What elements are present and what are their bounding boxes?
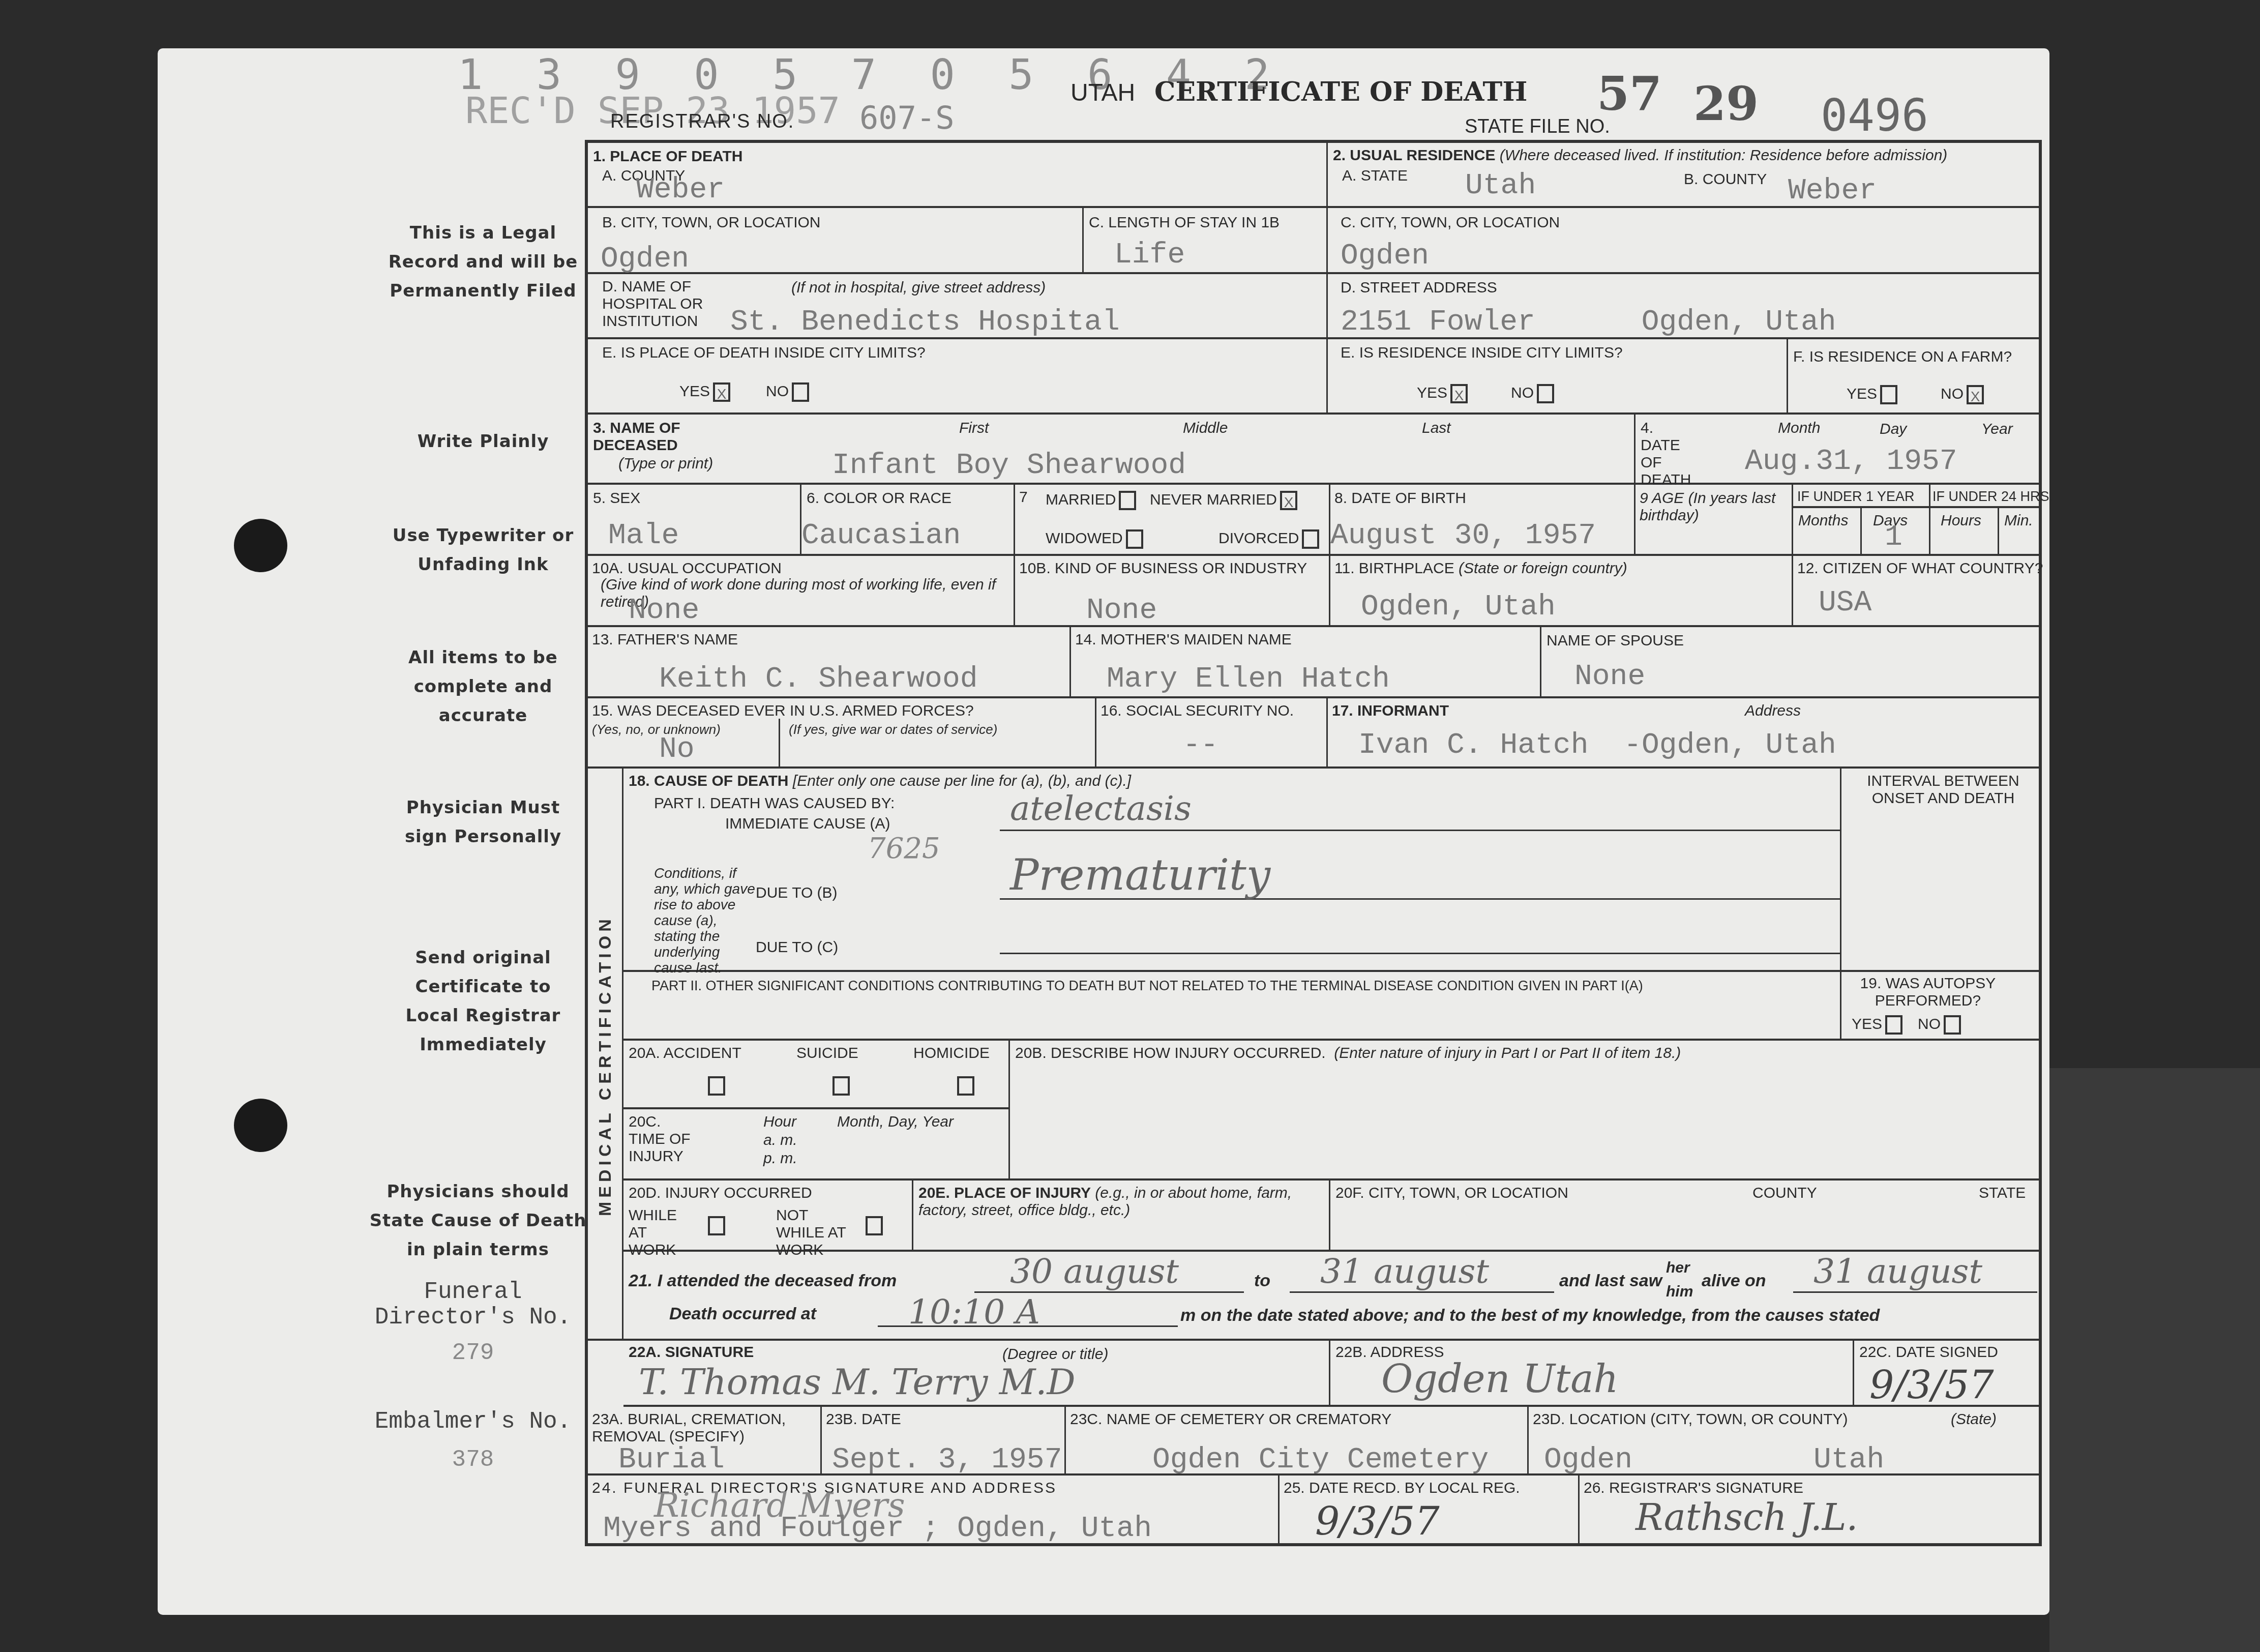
checkbox[interactable] — [1885, 1015, 1902, 1035]
place-of-death-county[interactable]: Weber — [636, 173, 725, 206]
citizen-cell: 12. CITIZEN OF WHAT COUNTRY? USA — [1793, 556, 2042, 627]
time-of-injury-cell: 20c. TIME OF INJURY Hour a. m. p. m. Mon… — [623, 1109, 1010, 1181]
armed-forces-label: 15. WAS DECEASED EVER IN U.S. ARMED FORC… — [592, 702, 974, 720]
part2-cell: PART II. OTHER SIGNIFICANT CONDITIONS CO… — [623, 972, 1841, 1041]
citizen-country[interactable]: USA — [1819, 586, 1871, 619]
age-days[interactable]: 1 — [1885, 521, 1902, 554]
dob-cell: 8. DATE OF BIRTH August 30, 1957 — [1330, 485, 1635, 556]
due-to-c-label: DUE TO (c) — [756, 939, 838, 956]
cause-c-line — [1000, 953, 1841, 954]
punch-hole — [234, 519, 287, 572]
sex-label: 5. SEX — [593, 490, 640, 507]
race-cell: 6. COLOR OR RACE Caucasian — [801, 485, 1015, 556]
attended-label: 21. I attended the deceased from — [629, 1272, 897, 1289]
date-signed-label: 22c. DATE SIGNED — [1859, 1344, 1998, 1361]
date-received[interactable]: 9/3/57 — [1315, 1498, 1440, 1544]
due-to-b[interactable]: Prematurity — [1010, 850, 1270, 900]
her-label: her — [1666, 1259, 1690, 1277]
state-label: a. STATE — [1342, 167, 1408, 185]
occupation-cell: 10a. USUAL OCCUPATION (Give kind of work… — [588, 556, 1015, 627]
injury-city-label: 20f. CITY, TOWN, OR LOCATION — [1335, 1185, 1568, 1202]
due-to-b-label: DUE TO (b) — [756, 884, 838, 902]
burial-location-cell: 23d. LOCATION (City, town, or county) (S… — [1529, 1407, 2042, 1476]
occupation-label: 10a. USUAL OCCUPATION — [592, 560, 782, 577]
mother-cell: 14. MOTHER'S MAIDEN NAME Mary Ellen Hatc… — [1071, 627, 1541, 698]
not-while-at-work-label: NOT WHILE AT WORK — [776, 1207, 852, 1259]
residence-state[interactable]: Utah — [1465, 169, 1536, 202]
burial-state-label: (State) — [1951, 1411, 1997, 1428]
under-1-year-header: IF UNDER 1 YEAR — [1793, 485, 1930, 508]
month-label: Month — [1778, 420, 1820, 437]
farm-no[interactable]: NOX — [1941, 385, 1984, 404]
business[interactable]: None — [1086, 594, 1157, 627]
death-certificate-form: 1. PLACE OF DEATH a. COUNTY Weber b. CIT… — [585, 140, 2042, 1546]
name-of-deceased-label: 3. NAME OF DECEASED — [593, 420, 690, 454]
autopsy-yes[interactable]: YES — [1852, 1015, 1902, 1035]
place-of-death-city[interactable]: Ogden — [601, 243, 689, 276]
informant-cell: 17. INFORMANT Address Ivan C. Hatch -Ogd… — [1328, 698, 2042, 769]
to-label: to — [1254, 1272, 1270, 1289]
death-inside-city-label: e. IS PLACE OF DEATH INSIDE CITY LIMITS? — [602, 344, 926, 362]
armed-forces-cell: 15. WAS DECEASED EVER IN U.S. ARMED FORC… — [588, 698, 1096, 769]
day-label: Day — [1880, 421, 1907, 438]
date-signed[interactable]: 9/3/57 — [1869, 1362, 1994, 1407]
usual-residence-label: 2. USUAL RESIDENCE — [1333, 147, 1496, 164]
checkbox[interactable]: X — [1967, 385, 1984, 404]
birthplace-hint: (State or foreign country) — [1459, 560, 1627, 577]
marital-status-cell: 7 MARRIED NEVER MARRIEDX WIDOWED DIVORCE… — [1015, 485, 1330, 556]
injury-county-label: COUNTY — [1752, 1185, 1817, 1202]
ssn-label: 16. SOCIAL SECURITY NO. — [1101, 702, 1294, 720]
burial-location[interactable]: Ogden — [1544, 1443, 1632, 1477]
under-1-year-label: IF UNDER 1 YEAR — [1797, 488, 1915, 505]
signature-label: 22a. SIGNATURE — [629, 1344, 754, 1361]
residence-street-cell: d. STREET ADDRESS 2151 Fowler Ogden, Uta… — [1328, 274, 2042, 339]
divider — [779, 719, 780, 769]
state-file-no-a: 57 — [1597, 66, 1662, 121]
street-label: d. STREET ADDRESS — [1341, 279, 1497, 297]
funeral-director-no: 279 — [356, 1340, 590, 1366]
death-time[interactable]: 10:10 A — [908, 1292, 1040, 1332]
place-of-death-label: 1. PLACE OF DEATH — [593, 148, 742, 165]
burial-type-cell: 23a. BURIAL, CREMATION, REMOVAL (Specify… — [588, 1407, 822, 1476]
dob-label: 8. DATE OF BIRTH — [1334, 490, 1466, 507]
city-label: c. CITY, TOWN, OR LOCATION — [1341, 214, 1560, 231]
spouse-name[interactable]: None — [1574, 660, 1645, 693]
pm-label: p. m. — [763, 1150, 797, 1167]
date-signed-cell: 22c. DATE SIGNED 9/3/57 — [1854, 1341, 2042, 1407]
residence-street[interactable]: 2151 Fowler Ogden, Utah — [1341, 306, 1836, 339]
burial-type-label: 23a. BURIAL, CREMATION, REMOVAL (Specify… — [592, 1411, 806, 1445]
business-label: 10b. KIND OF BUSINESS OR INDUSTRY — [1019, 560, 1307, 577]
race-label: 6. COLOR OR RACE — [807, 490, 951, 507]
age-label: 9 AGE (In years last birthday) — [1640, 490, 1787, 524]
hour-label: Hour — [763, 1113, 796, 1131]
injury-state-label: STATE — [1979, 1185, 2026, 1202]
immediate-cause-label: IMMEDIATE CAUSE (a) — [725, 815, 890, 833]
attendance-cell: 21. I attended the deceased from 30 augu… — [623, 1252, 2042, 1341]
registrars-no-label: REGISTRAR'S NO. — [610, 111, 794, 133]
death-inside-city-yes[interactable]: YESx — [679, 382, 730, 402]
ssn-cell: 16. SOCIAL SECURITY NO. -- — [1096, 698, 1328, 769]
injury-location-cell: 20f. CITY, TOWN, OR LOCATION COUNTY STAT… — [1330, 1181, 2042, 1252]
married-label: MARRIED — [1046, 491, 1116, 508]
length-of-stay[interactable]: Life — [1114, 239, 1185, 272]
alive-on[interactable]: 31 august — [1813, 1252, 1982, 1291]
punch-hole — [234, 1099, 287, 1152]
place-of-death-city-cell: b. CITY, TOWN, OR LOCATION Ogden — [588, 208, 1084, 274]
interval-cell: INTERVAL BETWEEN ONSET AND DEATH — [1841, 769, 2042, 972]
suicide-checkbox[interactable] — [832, 1076, 850, 1096]
hospital-hint: (If not in hospital, give street address… — [791, 279, 1046, 297]
middle-label: Middle — [1183, 420, 1228, 437]
attended-from[interactable]: 30 august — [1010, 1252, 1179, 1291]
race[interactable]: Caucasian — [801, 519, 961, 552]
place-of-death-county-cell: 1. PLACE OF DEATH a. COUNTY Weber — [588, 143, 1328, 208]
checkbox[interactable] — [1944, 1015, 1961, 1035]
checkbox[interactable]: x — [1450, 384, 1468, 403]
registrar-signature[interactable]: Rathsch J.L. — [1635, 1496, 1858, 1539]
residence-city-cell: c. CITY, TOWN, OR LOCATION Ogden — [1328, 208, 2042, 274]
month-day-year-label: Month, Day, Year — [837, 1113, 954, 1131]
state-file-no-label: STATE FILE NO. — [1465, 116, 1610, 138]
business-cell: 10b. KIND OF BUSINESS OR INDUSTRY None — [1015, 556, 1330, 627]
date-of-birth[interactable]: August 30, 1957 — [1330, 519, 1596, 552]
am-label: a. m. — [763, 1132, 797, 1149]
date-of-death-cell: 4. DATE OF DEATH Month Day Year Aug.31, … — [1635, 415, 2042, 485]
scan-background — [2049, 1068, 2260, 1652]
checkbox[interactable]: x — [713, 382, 730, 402]
mother-name[interactable]: Mary Ellen Hatch — [1107, 663, 1390, 696]
physician-address[interactable]: Ogden Utah — [1381, 1356, 1619, 1401]
autopsy-cell: 19. WAS AUTOPSY PERFORMED? YES NO — [1841, 972, 2042, 1041]
cause-hint: [Enter only one cause per line for (a), … — [793, 773, 1131, 789]
burial-state[interactable]: Utah — [1813, 1443, 1884, 1477]
place-of-injury-cell: 20e. PLACE OF INJURY (e.g., in or about … — [913, 1181, 1330, 1252]
min-cell: Min. — [1999, 508, 2042, 556]
cause-code: 7625 — [868, 832, 940, 865]
degree-label: (Degree or title) — [1002, 1346, 1108, 1363]
homicide-label: HOMICIDE — [913, 1045, 990, 1062]
sex-cell: 5. SEX Male — [588, 485, 801, 556]
injury-description-cell: 20b. DESCRIBE HOW INJURY OCCURRED. (Ente… — [1010, 1041, 2042, 1181]
death-inside-city-cell: e. IS PLACE OF DEATH INSIDE CITY LIMITS?… — [588, 339, 1328, 415]
hospital-label: d. NAME OF HOSPITAL OR INSTITUTION — [602, 278, 714, 330]
citizen-label: 12. CITIZEN OF WHAT COUNTRY? — [1797, 560, 2043, 577]
checkbox[interactable] — [1880, 385, 1897, 404]
alive-on-line — [1793, 1291, 2037, 1293]
residence-state-county-cell: 2. USUAL RESIDENCE (Where deceased lived… — [1328, 143, 2042, 208]
side-note-legal-record: This is a Legal Record and will be Perma… — [386, 219, 580, 306]
date-received-label: 25. DATE RECD. BY LOCAL REG. — [1284, 1480, 1520, 1497]
cemetery[interactable]: Ogden City Cemetery — [1152, 1443, 1489, 1477]
not-while-at-work-checkbox[interactable] — [866, 1216, 883, 1235]
burial-date[interactable]: Sept. 3, 1957 — [832, 1443, 1062, 1477]
suicide-label: SUICIDE — [796, 1045, 858, 1062]
side-note-write-plainly: Write Plainly — [386, 427, 580, 456]
name-hint: (Type or print) — [618, 455, 713, 473]
year-label: Year — [1981, 421, 2013, 438]
last-label: Last — [1422, 420, 1451, 437]
immediate-cause[interactable]: atelectasis — [1010, 789, 1192, 828]
while-at-work-label: WHILE AT WORK — [629, 1207, 695, 1259]
residence-inside-city-cell: e. IS RESIDENCE INSIDE CITY LIMITS? YESx… — [1328, 339, 1788, 415]
autopsy-label: 19. WAS AUTOPSY PERFORMED? — [1847, 975, 2009, 1010]
address-label: Address — [1745, 702, 1801, 720]
yes-label: YES — [1852, 1016, 1882, 1032]
father-name[interactable]: Keith C. Shearwood — [659, 663, 978, 696]
conditions-hint: Conditions, if any, which gave rise to a… — [654, 865, 756, 976]
hospital-name[interactable]: St. Benedicts Hospital — [730, 306, 1120, 339]
father-label: 13. FATHER'S NAME — [592, 631, 738, 648]
cemetery-label: 23c. NAME OF CEMETERY OR CREMATORY — [1070, 1411, 1391, 1428]
accident-label: 20a. ACCIDENT — [629, 1045, 741, 1062]
injury-occurred-label: 20d. INJURY OCCURRED — [629, 1185, 812, 1202]
medical-certification-side: MEDICAL CERTIFICATION — [588, 769, 623, 1341]
physician-signature-cell: 22a. SIGNATURE (Degree or title) T. Thom… — [623, 1341, 1330, 1407]
registrar-signature-cell: 26. REGISTRAR'S SIGNATURE Rathsch J.L. — [1580, 1476, 2042, 1546]
checkbox[interactable] — [1119, 491, 1136, 510]
checkbox[interactable] — [792, 382, 809, 402]
funeral-director-cell: 24. FUNERAL DIRECTOR'S SIGNATURE AND ADD… — [588, 1476, 1280, 1546]
armed-forces-hint: (If yes, give war or dates of service) — [789, 721, 997, 738]
deceased-name[interactable]: Infant Boy Shearwood — [832, 449, 1186, 482]
farm-yes[interactable]: YES — [1847, 385, 1897, 404]
residence-city[interactable]: Ogden — [1341, 240, 1429, 273]
birthplace-cell: 11. BIRTHPLACE (State or foreign country… — [1330, 556, 1793, 627]
attended-to[interactable]: 31 august — [1320, 1252, 1489, 1291]
cause-a-line — [1000, 830, 1841, 831]
medical-certification-label: MEDICAL CERTIFICATION — [596, 915, 615, 1216]
informant-label: 17. INFORMANT — [1332, 702, 1449, 720]
divorced-label: DIVORCED — [1218, 530, 1299, 547]
birthplace[interactable]: Ogden, Utah — [1361, 591, 1556, 624]
armed-forces-hint: (Yes, no, or unknown) — [592, 721, 721, 738]
side-note-complete: All items to be complete and accurate — [386, 643, 580, 730]
hospital-cell: d. NAME OF HOSPITAL OR INSTITUTION (If n… — [588, 274, 1328, 339]
death-at-suffix: m on the date stated above; and to the b… — [1180, 1307, 1880, 1324]
checkbox[interactable] — [1302, 529, 1319, 549]
hours-cell: Hours — [1930, 508, 1999, 556]
informant[interactable]: Ivan C. Hatch -Ogden, Utah — [1358, 729, 1836, 762]
days-cell: Days 1 — [1862, 508, 1930, 556]
cemetery-cell: 23c. NAME OF CEMETERY OR CREMATORY Ogden… — [1066, 1407, 1529, 1476]
months-cell: Months — [1793, 508, 1862, 556]
armed-forces[interactable]: No — [659, 733, 695, 766]
burial-location-label: 23d. LOCATION (City, town, or county) — [1533, 1411, 1848, 1428]
describe-injury-label: 20b. DESCRIBE HOW INJURY OCCURRED. — [1015, 1045, 1326, 1061]
describe-injury-hint: (Enter nature of injury in Part I or Par… — [1334, 1045, 1681, 1061]
widowed-option[interactable]: WIDOWED — [1046, 529, 1143, 549]
checkbox[interactable] — [1126, 529, 1143, 549]
under-24-hrs-header: IF UNDER 24 HRS. — [1930, 485, 2042, 508]
autopsy-no[interactable]: NO — [1918, 1015, 1961, 1035]
never-married-label: NEVER MARRIED — [1150, 491, 1277, 508]
hours-label: Hours — [1941, 512, 1981, 529]
state-file-no-c: 0496 — [1821, 89, 1928, 141]
date-received-cell: 25. DATE RECD. BY LOCAL REG. 9/3/57 — [1280, 1476, 1580, 1546]
spouse-label: NAME OF SPOUSE — [1547, 632, 1684, 650]
alive-on-label: alive on — [1702, 1272, 1766, 1289]
checkbox[interactable]: X — [1280, 491, 1297, 510]
months-label: Months — [1798, 512, 1848, 529]
homicide-checkbox[interactable] — [957, 1076, 974, 1096]
date-of-death[interactable]: Aug.31, 1957 — [1745, 445, 1957, 478]
registrars-no: 607-S — [859, 99, 955, 136]
burial-date-label: 23b. DATE — [826, 1411, 901, 1428]
min-label: Min. — [2004, 512, 2033, 529]
interval-label: INTERVAL BETWEEN ONSET AND DEATH — [1852, 773, 2035, 807]
injury-occurred-cell: 20d. INJURY OCCURRED WHILE AT WORK NOT W… — [623, 1181, 913, 1252]
physician-address-cell: 22b. ADDRESS Ogden Utah — [1330, 1341, 1854, 1407]
cause-of-death-label: 18. CAUSE OF DEATH — [629, 773, 789, 789]
residence-county[interactable]: Weber — [1788, 174, 1877, 208]
time-of-injury-label: 20c. TIME OF INJURY — [629, 1113, 695, 1165]
father-cell: 13. FATHER'S NAME Keith C. Shearwood — [588, 627, 1071, 698]
him-label: him — [1666, 1283, 1693, 1301]
page-title: CERTIFICATE OF DEATH — [1154, 76, 1527, 107]
state-file-no-b: 29 — [1693, 76, 1759, 131]
length-of-stay-cell: c. LENGTH OF STAY IN 1b Life — [1084, 208, 1328, 274]
usual-residence-hint: (Where deceased lived. If institution: R… — [1500, 147, 1947, 164]
attended-to-line — [1290, 1291, 1554, 1293]
last-saw-label: and last saw — [1559, 1272, 1662, 1289]
birthplace-label: 11. BIRTHPLACE — [1334, 560, 1454, 577]
side-note-send-original: Send original Certificate to Local Regis… — [386, 943, 580, 1059]
county-label: b. COUNTY — [1684, 171, 1767, 188]
death-inside-city-no[interactable]: NO — [766, 382, 809, 402]
registrar-signature-label: 26. REGISTRAR'S SIGNATURE — [1584, 1480, 1803, 1497]
widowed-label: WIDOWED — [1046, 530, 1123, 547]
residence-inside-city-no[interactable]: NO — [1511, 384, 1554, 403]
married-option[interactable]: MARRIED — [1046, 491, 1136, 510]
side-note-plain-terms: Physicians should State Cause of Death i… — [366, 1177, 590, 1264]
deceased-name-cell: 3. NAME OF DECEASED (Type or print) Firs… — [588, 415, 1635, 485]
divorced-option[interactable]: DIVORCED — [1218, 529, 1319, 549]
side-note-physician-sign: Physician Must sign Personally — [386, 793, 580, 851]
date-of-death-label: 4. DATE OF DEATH — [1641, 420, 1697, 489]
death-at-label: Death occurred at — [669, 1305, 816, 1322]
embalmer-no: 378 — [356, 1447, 590, 1472]
length-of-stay-label: c. LENGTH OF STAY IN 1b — [1089, 214, 1280, 231]
side-note-typewriter: Use Typewriter or Unfading Ink — [386, 521, 580, 579]
while-at-work-checkbox[interactable] — [708, 1216, 725, 1235]
first-label: First — [959, 420, 989, 437]
accident-checkbox[interactable] — [708, 1076, 725, 1096]
burial-type[interactable]: Burial — [618, 1443, 725, 1477]
part1-label: PART I. DEATH WAS CAUSED BY: — [654, 795, 895, 812]
marital-label: 7 — [1019, 489, 1028, 506]
age-cell: 9 AGE (In years last birthday) — [1635, 485, 1793, 556]
sex[interactable]: Male — [608, 519, 679, 552]
title-prefix: UTAH — [1070, 79, 1135, 107]
residence-farm-cell: f. IS RESIDENCE ON A FARM? YES NOX — [1788, 339, 2042, 415]
no-label: NO — [1918, 1016, 1941, 1032]
never-married-option[interactable]: NEVER MARRIEDX — [1150, 491, 1297, 510]
funeral-director-no-label: Funeral Director's No. — [356, 1279, 590, 1330]
mother-label: 14. MOTHER'S MAIDEN NAME — [1075, 631, 1292, 648]
part2-label: PART II. OTHER SIGNIFICANT CONDITIONS CO… — [651, 977, 1643, 994]
physician-signature[interactable]: T. Thomas M. Terry M.D — [639, 1361, 1076, 1403]
residence-inside-city-yes[interactable]: YESx — [1417, 384, 1468, 403]
embalmer-no-label: Embalmer's No. — [356, 1409, 590, 1434]
cause-of-death-cell: 18. CAUSE OF DEATH [Enter only one cause… — [623, 769, 1841, 972]
spouse-cell: NAME OF SPOUSE None — [1541, 627, 2042, 698]
residence-inside-city-label: e. IS RESIDENCE INSIDE CITY LIMITS? — [1341, 344, 1623, 362]
ssn[interactable]: -- — [1183, 729, 1218, 762]
place-of-injury-label: 20e. PLACE OF INJURY — [918, 1185, 1091, 1201]
city-label: b. CITY, TOWN, OR LOCATION — [602, 214, 821, 231]
burial-date-cell: 23b. DATE Sept. 3, 1957 — [822, 1407, 1066, 1476]
occupation[interactable]: None — [629, 594, 699, 627]
farm-label: f. IS RESIDENCE ON A FARM? — [1793, 348, 2012, 366]
funeral-director[interactable]: Myers and Foulger ; Ogden, Utah — [603, 1512, 1152, 1545]
under-24-hrs-label: IF UNDER 24 HRS. — [1932, 488, 2053, 505]
injury-type-cell: 20a. ACCIDENT SUICIDE HOMICIDE — [623, 1041, 1010, 1109]
checkbox[interactable] — [1537, 384, 1554, 403]
